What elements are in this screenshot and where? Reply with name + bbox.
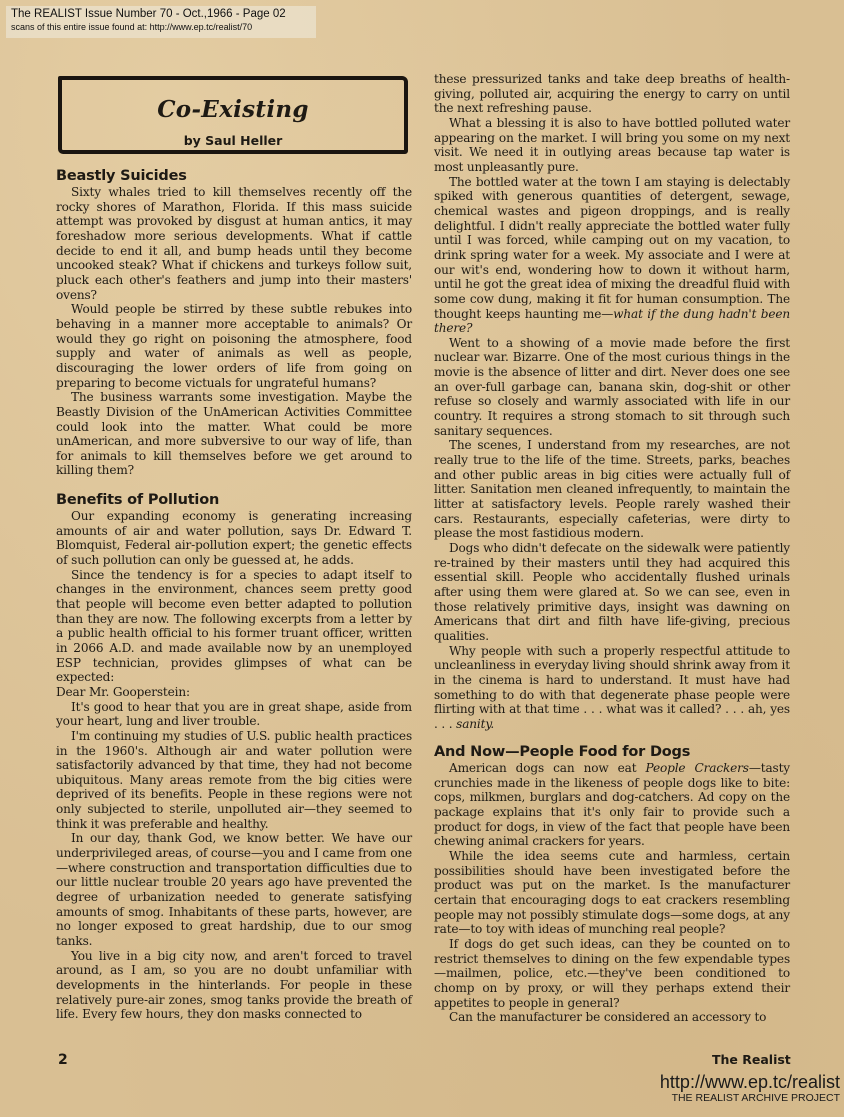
section-heading: Benefits of Pollution — [56, 492, 412, 509]
paragraph-text: The bottled water at the town I am stayi… — [434, 175, 790, 321]
paragraph: these pressurized tanks and take deep br… — [434, 72, 790, 116]
scan-header: The REALIST Issue Number 70 - Oct.,1966 … — [6, 6, 316, 38]
scan-source-line: scans of this entire issue found at: htt… — [11, 21, 311, 33]
paragraph: American dogs can now eat People Cracker… — [434, 761, 790, 849]
paragraph: The scenes, I understand from my researc… — [434, 438, 790, 541]
product-name: People Crackers — [646, 761, 749, 775]
article-title: Co-Existing — [62, 96, 404, 123]
paragraph: It's good to hear that you are in great … — [56, 700, 412, 729]
paragraph-text: American dogs can now eat — [449, 761, 646, 775]
page-number: 2 — [58, 1052, 68, 1068]
italic-word: sanity. — [456, 717, 494, 731]
paragraph: Why people with such a properly respectf… — [434, 644, 790, 732]
paragraph: Can the manufacturer be considered an ac… — [434, 1010, 790, 1025]
article-title-box: Co-Existing by Saul Heller — [58, 76, 408, 154]
section-benefits-of-pollution: Benefits of Pollution Our expanding econ… — [56, 492, 412, 1022]
paragraph: The bottled water at the town I am stayi… — [434, 175, 790, 336]
scan-issue-line: The REALIST Issue Number 70 - Oct.,1966 … — [11, 7, 311, 21]
letter-continued: these pressurized tanks and take deep br… — [434, 72, 790, 732]
paragraph: Went to a showing of a movie made before… — [434, 336, 790, 439]
paragraph: Our expanding economy is generating incr… — [56, 509, 412, 568]
magazine-name: The Realist — [712, 1052, 791, 1067]
archive-url[interactable]: http://www.ep.tc/realist — [648, 1072, 840, 1092]
paragraph: While the idea seems cute and harmless, … — [434, 849, 790, 937]
letter-salutation: Dear Mr. Gooperstein: — [56, 685, 412, 700]
paragraph: If dogs do get such ideas, can they be c… — [434, 937, 790, 1010]
article-byline: by Saul Heller — [62, 133, 404, 148]
paragraph: You live in a big city now, and aren't f… — [56, 949, 412, 1022]
section-heading: And Now—People Food for Dogs — [434, 744, 790, 761]
section-beastly-suicides: Beastly Suicides Sixty whales tried to k… — [56, 168, 412, 478]
paragraph: In our day, thank God, we know better. W… — [56, 831, 412, 948]
paragraph: Since the tendency is for a species to a… — [56, 568, 412, 685]
paragraph: Dogs who didn't defecate on the sidewalk… — [434, 541, 790, 644]
paragraph: What a blessing it is also to have bottl… — [434, 116, 790, 175]
archive-watermark: http://www.ep.tc/realist THE REALIST ARC… — [648, 1072, 840, 1105]
paragraph: I'm continuing my studies of U.S. public… — [56, 729, 412, 832]
section-people-food-for-dogs: And Now—People Food for Dogs American do… — [434, 744, 790, 1025]
section-heading: Beastly Suicides — [56, 168, 412, 185]
paragraph: Sixty whales tried to kill themselves re… — [56, 185, 412, 302]
archive-project-name: THE REALIST ARCHIVE PROJECT — [648, 1092, 840, 1105]
paragraph: Would people be stirred by these subtle … — [56, 302, 412, 390]
paragraph: The business warrants some investigation… — [56, 390, 412, 478]
